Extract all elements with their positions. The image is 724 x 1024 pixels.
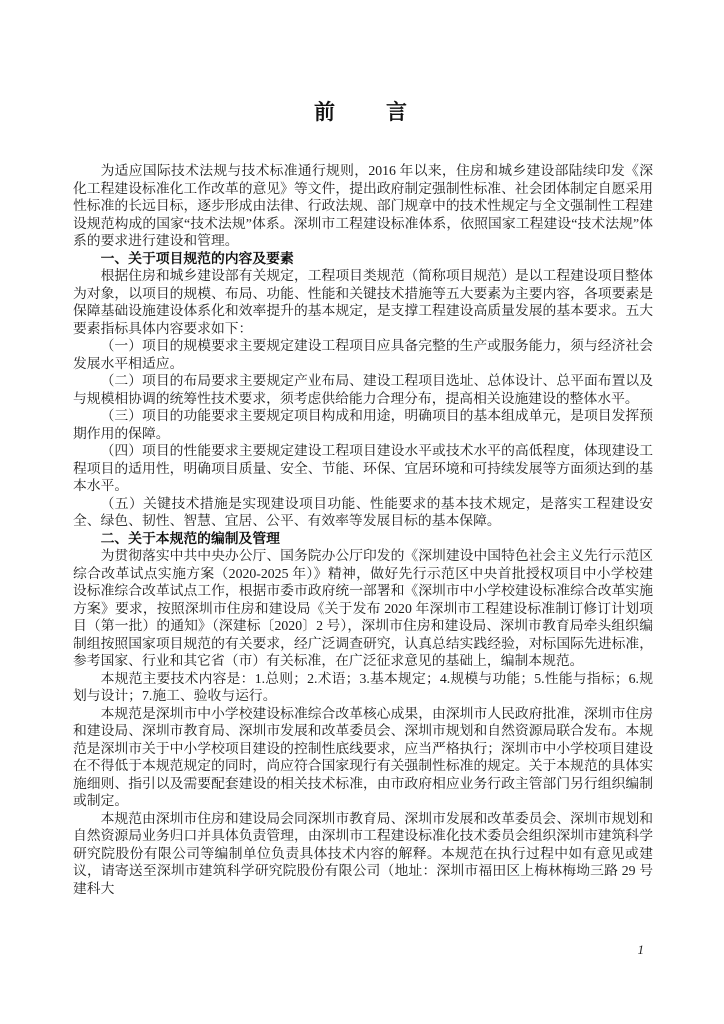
document-body: 为适应国际技术法规与技术标准通行规则，2016 年以来，住房和城乡建设部陆续印发…: [73, 162, 653, 897]
page-number: 1: [638, 942, 645, 958]
section-heading-2: 二、关于本规范的编制及管理: [73, 530, 653, 548]
paragraph-intro: 为适应国际技术法规与技术标准通行规则，2016 年以来，住房和城乡建设部陆续印发…: [73, 162, 653, 250]
paragraph-item-3-function: （三）项目的功能要求主要规定项目构成和用途，明确项目的基本组成单元，是项目发挥预…: [73, 407, 653, 442]
paragraph-item-5-key-measures: （五）关键技术措施是实现建设项目功能、性能要求的基本技术规定，是落实工程建设安全…: [73, 495, 653, 530]
paragraph-item-4-performance: （四）项目的性能要求主要规定建设工程项目建设水平或技术水平的高低程度，体现建设工…: [73, 442, 653, 495]
paragraph-item-1-scale: （一）项目的规模要求主要规定建设工程项目应具备完整的生产或服务能力，须与经济社会…: [73, 337, 653, 372]
paragraph-five-elements: 根据住房和城乡建设部有关规定，工程项目类规范（简称项目规范）是以工程建设项目整体…: [73, 267, 653, 337]
paragraph-approval-enforcement: 本规范是深圳市中小学校建设标准综合改革核心成果，由深圳市人民政府批准，深圳市住房…: [73, 705, 653, 810]
paragraph-item-2-layout: （二）项目的布局要求主要规定产业布局、建设工程项目选址、总体设计、总平面布置以及…: [73, 372, 653, 407]
paragraph-compilation: 为贯彻落实中共中央办公厅、国务院办公厅印发的《深圳建设中国特色社会主义先行示范区…: [73, 547, 653, 670]
document-page: 前 言 为适应国际技术法规与技术标准通行规则，2016 年以来，住房和城乡建设部…: [0, 0, 724, 1024]
paragraph-management-feedback: 本规范由深圳市住房和建设局会同深圳市教育局、深圳市发展和改革委员会、深圳市规划和…: [73, 810, 653, 898]
page-title: 前 言: [0, 0, 724, 162]
paragraph-technical-contents: 本规范主要技术内容是：1.总则；2.术语；3.基本规定；4.规模与功能；5.性能…: [73, 670, 653, 705]
section-heading-1: 一、关于项目规范的内容及要素: [73, 250, 653, 268]
